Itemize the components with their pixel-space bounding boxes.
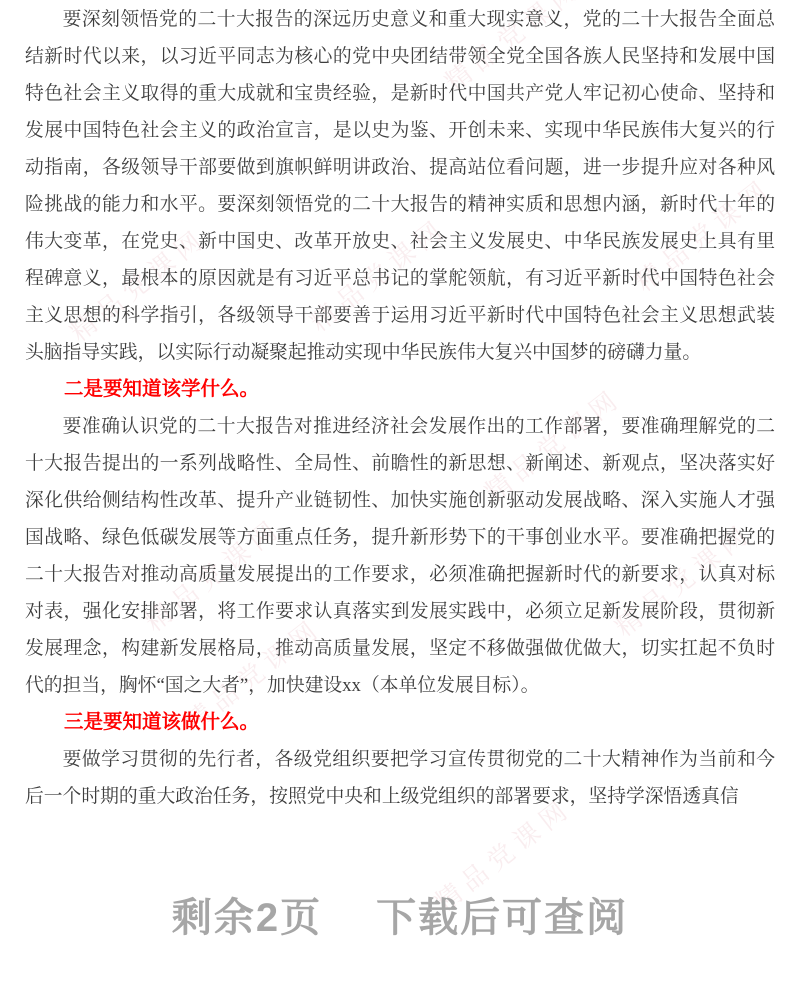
document-body: 要深刻领悟党的二十大报告的深远历史意义和重大现实意义，党的二十大报告全面总结新时…: [25, 1, 775, 815]
section-heading: 三是要知道该做什么。: [25, 704, 775, 741]
download-hint-label: 下载后可查阅: [376, 896, 628, 940]
remaining-pages-banner: 剩余2页下载后可查阅: [0, 893, 800, 943]
section-heading: 二是要知道该学什么。: [25, 371, 775, 408]
body-paragraph: 要准确认识党的二十大报告对推进经济社会发展作出的工作部署，要准确理解党的二十大报…: [25, 408, 775, 704]
pages-remaining-label: 剩余2页: [172, 896, 322, 940]
body-paragraph: 要做学习贯彻的先行者，各级党组织要把学习宣传贯彻党的二十大精神作为当前和今后一个…: [25, 741, 775, 815]
document-page: 精品党课网精品党课网精品党课网精品党课网精品党课网精品党课网精品党课网精品党课网…: [0, 0, 800, 1000]
body-paragraph: 要深刻领悟党的二十大报告的深远历史意义和重大现实意义，党的二十大报告全面总结新时…: [25, 1, 775, 371]
